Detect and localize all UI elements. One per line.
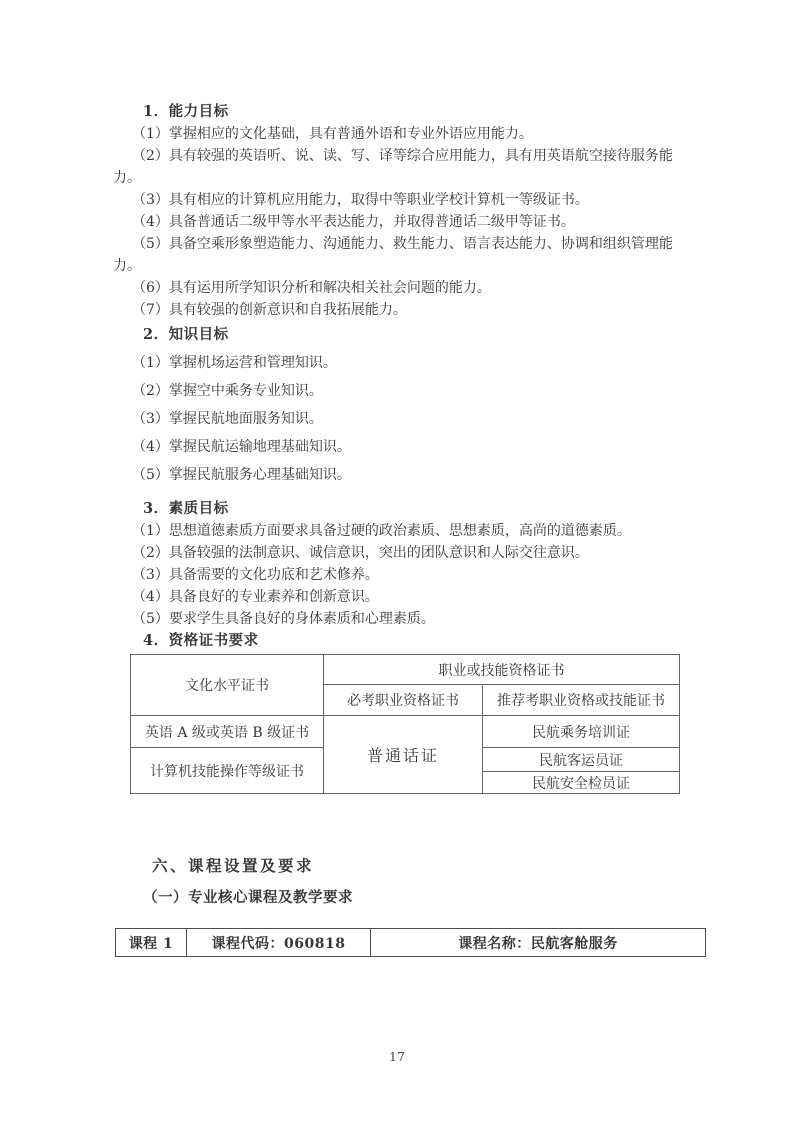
cert-cell-crew-training: 民航乘务培训证 <box>483 716 680 748</box>
cert-cell-required-header: 必考职业资格证书 <box>324 685 483 716</box>
cert-cell-computer: 计算机技能操作等级证书 <box>131 748 324 794</box>
objective-line: （4）具备良好的专业素养和创新意识。 <box>113 586 681 608</box>
chapter-heading: 六、课程设置及要求 <box>113 854 681 878</box>
section-title-ability: 1．能力目标 <box>113 101 681 123</box>
objective-line: （5）要求学生具备良好的身体素质和心理素质。 <box>113 608 681 630</box>
objective-line: （3）具备需要的文化功底和艺术修养。 <box>113 564 681 586</box>
objective-line: （2）掌握空中乘务专业知识。 <box>113 380 681 402</box>
page-number: 17 <box>0 1049 794 1064</box>
cert-cell-recommended-header: 推荐考职业资格或技能证书 <box>483 685 680 716</box>
objective-line: （5）掌握民航服务心理基础知识。 <box>113 464 681 486</box>
objective-line: （1）掌握相应的文化基础，具有普通外语和专业外语应用能力。 <box>113 123 681 145</box>
objective-line: （3）掌握民航地面服务知识。 <box>113 408 681 430</box>
objective-line: （1）思想道德素质方面要求具备过硬的政治素质、思想素质，高尚的道德素质。 <box>113 520 681 542</box>
objective-line: （5）具备空乘形象塑造能力、沟通能力、救生能力、语言表达能力、协调和组织管理能 <box>113 233 681 255</box>
objective-line: （4）具备普通话二级甲等水平表达能力，并取得普通话二级甲等证书。 <box>113 211 681 233</box>
objective-line: （4）掌握民航运输地理基础知识。 <box>113 436 681 458</box>
course-cell-name: 课程名称：民航客舱服务 <box>371 929 706 957</box>
page-content: 1．能力目标 （1）掌握相应的文化基础，具有普通外语和专业外语应用能力。 （2）… <box>113 101 681 957</box>
cert-cell-passenger-agent: 民航客运员证 <box>483 748 680 772</box>
course-cell-code: 课程代码：060818 <box>187 929 371 957</box>
cert-cell-mandarin: 普通话证 <box>324 716 483 794</box>
document-page: 1．能力目标 （1）掌握相应的文化基础，具有普通外语和专业外语应用能力。 （2）… <box>0 0 794 1123</box>
chapter-subheading: （一）专业核心课程及教学要求 <box>113 888 681 908</box>
objective-line: （1）掌握机场运营和管理知识。 <box>113 352 681 374</box>
section-ability: （1）掌握相应的文化基础，具有普通外语和专业外语应用能力。 （2）具有较强的英语… <box>113 123 681 321</box>
objective-line-wrap: 力。 <box>113 167 681 189</box>
objective-line: （6）具有运用所学知识分析和解决相关社会问题的能力。 <box>113 277 681 299</box>
course-cell-label: 课程 1 <box>116 929 187 957</box>
objective-line: （2）具备较强的法制意识、诚信意识，突出的团队意识和人际交往意识。 <box>113 542 681 564</box>
section-title-certificates: 4．资格证书要求 <box>113 630 681 652</box>
section-quality: （1）思想道德素质方面要求具备过硬的政治素质、思想素质，高尚的道德素质。 （2）… <box>113 520 681 630</box>
objective-line: （3）具有相应的计算机应用能力，取得中等职业学校计算机一等级证书。 <box>113 189 681 211</box>
section-knowledge: （1）掌握机场运营和管理知识。 （2）掌握空中乘务专业知识。 （3）掌握民航地面… <box>113 352 681 486</box>
course-info-table: 课程 1 课程代码：060818 课程名称：民航客舱服务 <box>115 928 706 957</box>
objective-line-wrap: 力。 <box>113 255 681 277</box>
cert-cell-vocational-header: 职业或技能资格证书 <box>324 655 680 685</box>
certificate-requirements-table: 文化水平证书 职业或技能资格证书 必考职业资格证书 推荐考职业资格或技能证书 英… <box>130 654 680 794</box>
section-title-knowledge: 2．知识目标 <box>113 324 681 346</box>
objective-line: （7）具有较强的创新意识和自我拓展能力。 <box>113 299 681 321</box>
cert-cell-culture-header: 文化水平证书 <box>131 655 324 716</box>
cert-cell-english: 英语 A 级或英语 B 级证书 <box>131 716 324 748</box>
section-title-quality: 3．素质目标 <box>113 498 681 520</box>
objective-line: （2）具有较强的英语听、说、读、写、译等综合应用能力，具有用英语航空接待服务能 <box>113 145 681 167</box>
cert-cell-security-inspector: 民航安全检员证 <box>483 772 680 794</box>
